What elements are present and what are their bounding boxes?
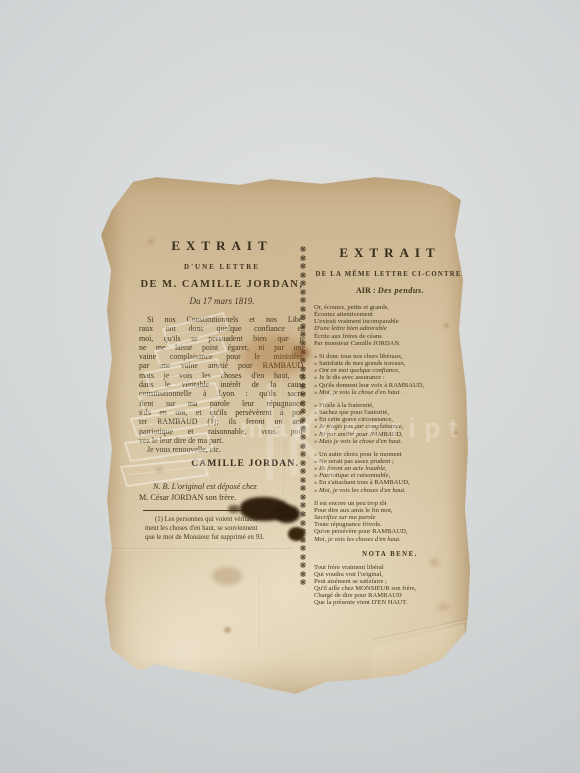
text-line: que le mot de Monsieur fut supprimé en 9… [145, 533, 305, 542]
text-line: fient sur ma parole leur répugnance, [139, 399, 305, 408]
small-stain-dot [224, 627, 231, 633]
corner-fold [370, 623, 468, 685]
paper-sheet: EXTRAIT D'UNE LETTRE DE M. CAMILLE JORDA… [100, 175, 472, 697]
corner-fold-crease [373, 619, 467, 641]
footnote-rule [143, 510, 295, 511]
text-line: » En s'attachant tous à RAMBAUD, [314, 479, 466, 486]
signature: CAMILLE JORDAN. [139, 459, 305, 469]
text-line: Qui voudra voir l'original, [314, 571, 466, 578]
text-line: M. César JORDAN son frère. [139, 493, 305, 504]
text-line: Qu'il aille chez MONSIEUR son frère, [314, 585, 466, 592]
text-line: dans le véritable intérêt de la cause [139, 380, 305, 389]
nota-bene-paragraph: N. B. L'original est déposé chezM. César… [139, 482, 305, 503]
text-line: Toute répugnance frivole. [314, 521, 466, 528]
text-line: Si nos Constitutionnels et nos Libé- [139, 315, 305, 324]
photo-background: EXTRAIT D'UNE LETTRE DE M. CAMILLE JORDA… [0, 0, 580, 773]
text-line: vez le leur dire de ma part. [139, 436, 305, 445]
text-line: » Je le dis avec assurance : [314, 374, 466, 381]
text-line: L'extrait vraiment incomparable [314, 318, 466, 325]
text-line: Écrite aux frères de céans [314, 333, 466, 340]
faint-smudge [212, 567, 242, 585]
verse-stanza-3: » Fidèle à la fraternité,» Sachez que po… [314, 402, 466, 445]
text-line: Chargé de dire pour RAMBAUD [314, 592, 466, 599]
text-line: » Qu'ils donnent leur voix à RAMBAUD, [314, 382, 466, 389]
text-line: » Un autre choix pour le moment [314, 451, 466, 458]
verse-stanza-1: Or, écoutez, petits et grands,Écoutez at… [314, 304, 466, 347]
nota-bene-heading: NOTA BENE. [314, 551, 466, 558]
ornament-divider: ❋ ❋ ❋ ❋ ❋ ❋ ❋ ❋ ❋ ❋ ❋ ❋ ❋ ❋ ❋ ❋ ❋ ❋ ❋ ❋ … [297, 246, 309, 589]
right-column: EXTRAIT DE LA MÊME LETTRE CI-CONTRE. AIR… [314, 245, 466, 607]
text-line: ment les choses d'en haut, se souviennen… [145, 524, 305, 533]
right-column-title: EXTRAIT [314, 245, 466, 261]
text-line: Peut aisément se satisfaire ; [314, 578, 466, 585]
text-line: Je vous renouvelle, etc. [139, 445, 305, 454]
text-line: Moi, je vois les choses d'en haut. [314, 536, 466, 543]
text-line: s'ils en ont, et qu'ils persévèrent à po… [139, 408, 305, 417]
text-line: » Moi, je vois la chose d'en haut. [314, 389, 466, 396]
text-line: ne me laisse point égarer, ni par une [139, 343, 305, 352]
text-line: patriotique et raisonnable, vous pou- [139, 427, 305, 436]
text-line: » Je n'agis pas par complaisance, [314, 423, 466, 430]
text-line: » Patriotique et raisonnable, [314, 472, 466, 479]
text-line: » Ne serait pas assez prudent ; [314, 458, 466, 465]
text-line: » Ils feront un acte louable, [314, 465, 466, 472]
vertical-fold-crease [257, 573, 259, 651]
text-line: constitutionnelle à Lyon : qu'ils sacri- [139, 389, 305, 398]
text-line: » Ni par amitié pour RAMBAUD, [314, 431, 466, 438]
letter-body: Si nos Constitutionnels et nos Libé-raux… [139, 315, 305, 454]
footnote: (1) Les personnes qui voient véritable-m… [139, 515, 305, 542]
text-line: ter RAMBAUD (1); ils feront un acte [139, 417, 305, 426]
air-line: AIR : Des pendus. [314, 286, 466, 295]
text-line: Par monsieur Camille JORDAN. [314, 340, 466, 347]
text-line: Qu'on persévère pour RAMBAUD, [314, 528, 466, 535]
text-line: Tout frère vraiment libéral [314, 564, 466, 571]
left-column-title: EXTRAIT [139, 238, 305, 254]
text-line: (1) Les personnes qui voient véritable- [145, 515, 305, 524]
left-column-subtitle: D'UNE LETTRE [139, 263, 305, 271]
text-line: » En cette grave circonstance, [314, 416, 466, 423]
air-title: Des pendus. [378, 286, 424, 295]
text-line: Écoutez attentivement [314, 311, 466, 318]
author-line: DE M. CAMILLE JORDAN, [139, 279, 305, 290]
text-line: » Moi, je vois les choses d'en haut. [314, 487, 466, 494]
verse-stanza-4: » Un autre choix pour le moment» Ne sera… [314, 451, 466, 494]
text-line: raux ont donc quelque confiance en [139, 324, 305, 333]
text-line: Pour dire aux amis le fin mot, [314, 507, 466, 514]
text-line: » Mais je vois la chose d'en haut. [314, 438, 466, 445]
right-column-subtitle: DE LA MÊME LETTRE CI-CONTRE. [314, 271, 466, 278]
text-line: par une vaine amitié pour RAMBAUD, [139, 361, 305, 370]
air-label: AIR : [356, 286, 378, 295]
text-line: Que la présente vient D'EN HAUT. [314, 599, 466, 606]
verse-block: Or, écoutez, petits et grands,Écoutez at… [314, 304, 466, 543]
verse-stanza-2: « Si donc tous nos chers libéraux,» Sati… [314, 353, 466, 396]
text-line: N. B. L'original est déposé chez [139, 482, 305, 493]
text-line: moi, qu'ils se persuadent bien que je [139, 334, 305, 343]
text-line: D'une lettre bien admirable [314, 325, 466, 332]
horizontal-fold-crease [108, 548, 293, 550]
text-line: » Sachez que pour l'autorité, [314, 409, 466, 416]
text-line: » Ont en moi quelque confiance, [314, 367, 466, 374]
text-line: » Fidèle à la fraternité, [314, 402, 466, 409]
text-line: « Si donc tous nos chers libéraux, [314, 353, 466, 360]
text-line: vaine complaisance pour le ministère, [139, 352, 305, 361]
left-column: EXTRAIT D'UNE LETTRE DE M. CAMILLE JORDA… [139, 238, 305, 542]
text-line: » Satisfaits de mes grands travaux, [314, 360, 466, 367]
verse-stanza-6: Tout frère vraiment libéralQui voudra vo… [314, 564, 466, 607]
verse-stanza-5: Il est encore un peu trop tôtPour dire a… [314, 500, 466, 543]
text-line: Sacrifiez sur ma parole [314, 514, 466, 521]
date-line: Du 17 mars 1819. [139, 296, 305, 306]
text-line: Il est encore un peu trop tôt [314, 500, 466, 507]
text-line: mais je vois les choses d'en haut, et [139, 371, 305, 380]
